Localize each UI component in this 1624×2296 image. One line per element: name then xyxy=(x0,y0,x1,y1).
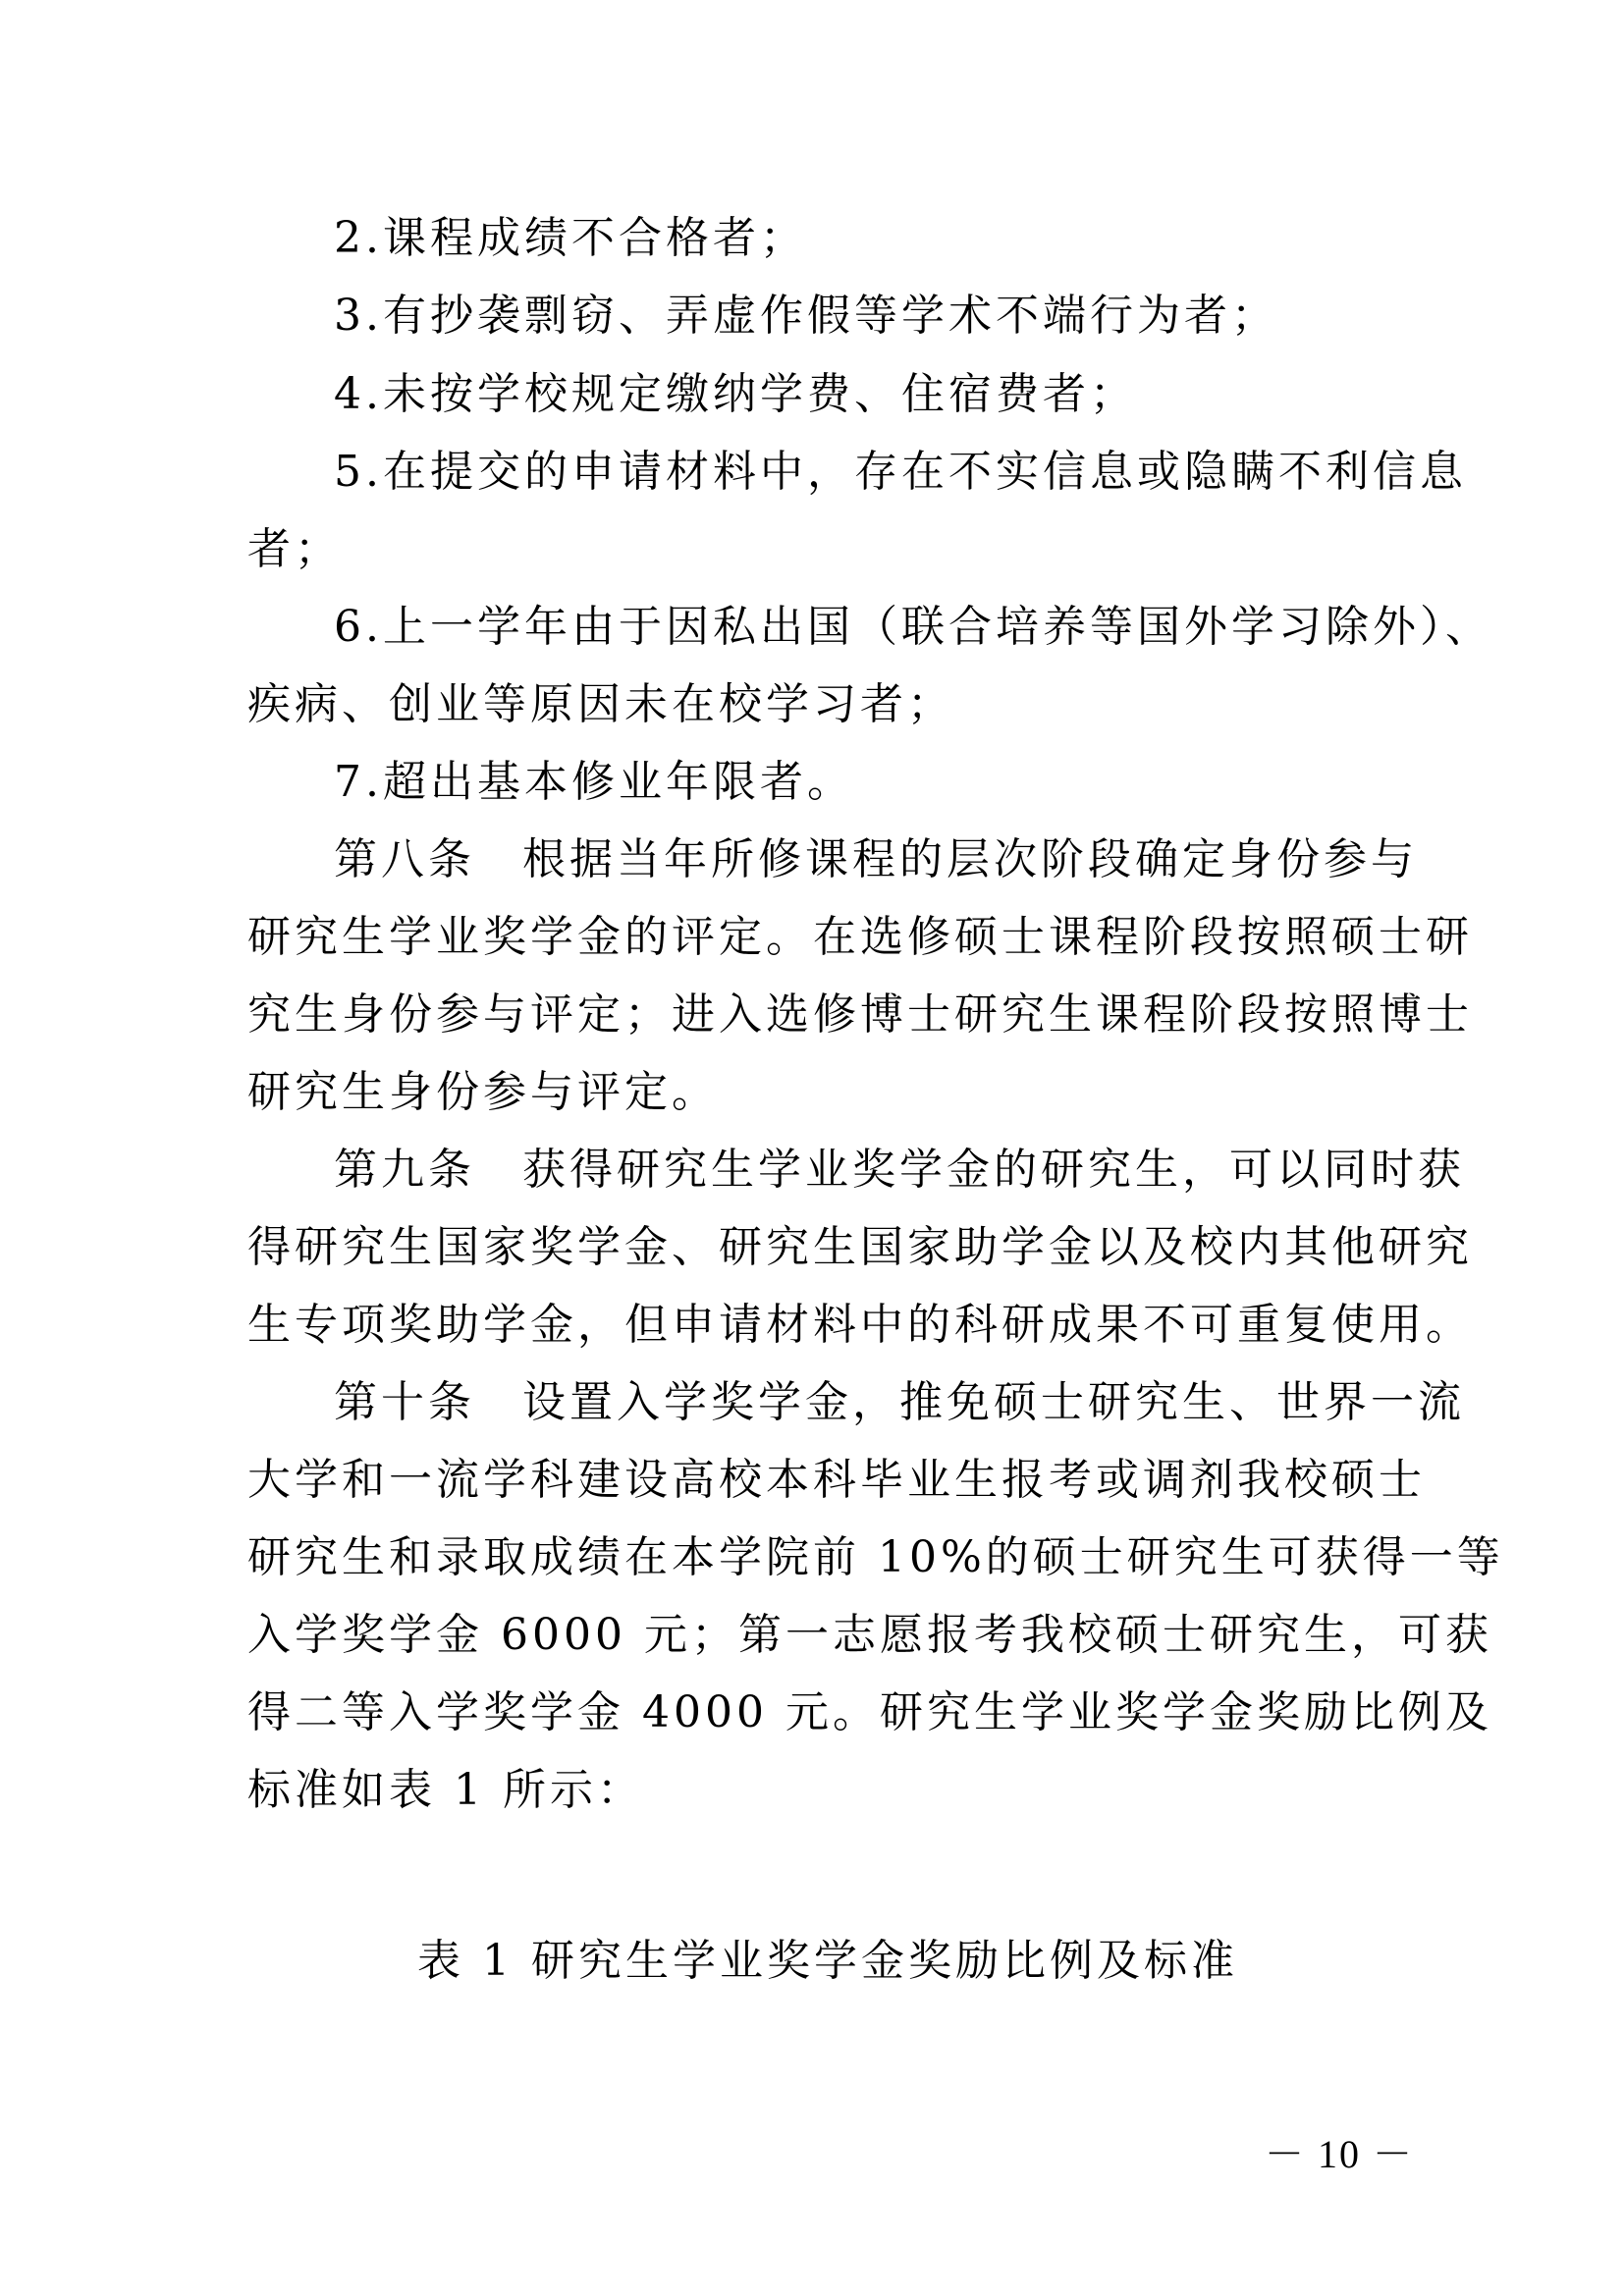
document-page: 2.课程成绩不合格者； 3.有抄袭剽窃、弄虚作假等学术不端行为者； 4.未按学校… xyxy=(0,0,1624,2296)
article-8-line-4: 研究生身份参与评定。 xyxy=(247,1063,1386,1122)
article-10-line-5: 得二等入学奖学金 4000 元。研究生学业奖学金奖励比例及 xyxy=(247,1683,1386,1742)
list-item-7: 7.超出基本修业年限者。 xyxy=(334,753,1386,812)
article-9-line-3: 生专项奖助学金，但申请材料中的科研成果不可重复使用。 xyxy=(247,1296,1386,1355)
list-item-4: 4.未按学校规定缴纳学费、住宿费者； xyxy=(334,365,1386,424)
list-item-6-line-2: 疾病、创业等原因未在校学习者； xyxy=(247,675,1386,734)
article-10-line-2: 大学和一流学科建设高校本科毕业生报考或调剂我校硕士 xyxy=(247,1451,1386,1510)
article-8-line-1: 第八条 根据当年所修课程的层次阶段确定身份参与 xyxy=(334,830,1386,889)
list-item-2: 2.课程成绩不合格者； xyxy=(334,209,1386,268)
page-number: － 10 － xyxy=(1257,2130,1414,2179)
article-10-line-6: 标准如表 1 所示： xyxy=(247,1761,1386,1820)
table-caption: 表 1 研究生学业奖学金奖励比例及标准 xyxy=(0,1932,1624,1991)
article-10-line-3: 研究生和录取成绩在本学院前 10%的硕士研究生可获得一等 xyxy=(247,1528,1386,1587)
article-10-line-1: 第十条 设置入学奖学金，推免硕士研究生、世界一流 xyxy=(334,1373,1386,1432)
article-9-line-2: 得研究生国家奖学金、研究生国家助学金以及校内其他研究 xyxy=(247,1218,1386,1277)
list-item-5-line-1: 5.在提交的申请材料中，存在不实信息或隐瞒不利信息 xyxy=(334,443,1386,502)
article-8-line-2: 研究生学业奖学金的评定。在选修硕士课程阶段按照硕士研 xyxy=(247,908,1386,967)
list-item-5-line-2: 者； xyxy=(247,520,1386,579)
list-item-6-line-1: 6.上一学年由于因私出国（联合培养等国外学习除外）、 xyxy=(334,598,1386,657)
article-8-line-3: 究生身份参与评定；进入选修博士研究生课程阶段按照博士 xyxy=(247,986,1386,1044)
article-10-line-4: 入学奖学金 6000 元；第一志愿报考我校硕士研究生，可获 xyxy=(247,1606,1386,1665)
list-item-3: 3.有抄袭剽窃、弄虚作假等学术不端行为者； xyxy=(334,287,1386,346)
article-9-line-1: 第九条 获得研究生学业奖学金的研究生，可以同时获 xyxy=(334,1141,1386,1200)
